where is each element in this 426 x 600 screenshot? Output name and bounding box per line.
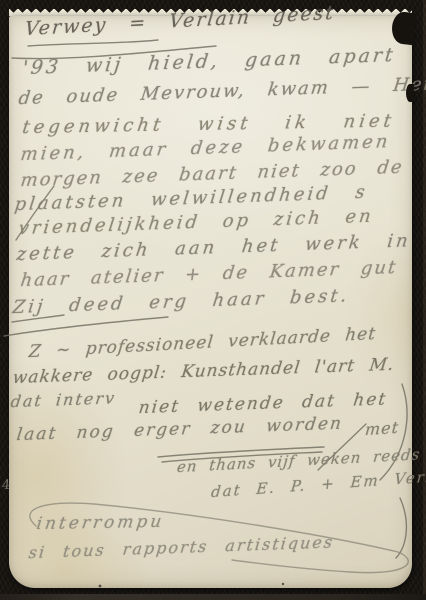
edge-nick — [406, 84, 414, 102]
margin-mark: 4 — [1, 478, 11, 494]
mount-bottom-edge — [0, 594, 426, 600]
handwriting-line: met — [364, 418, 400, 440]
handwriting-line: interrompu — [35, 512, 166, 534]
handwriting-line: dat interv — [10, 388, 118, 411]
photo-mount: Verwey = Verlain geest'93 wij hield, gaa… — [0, 0, 426, 600]
